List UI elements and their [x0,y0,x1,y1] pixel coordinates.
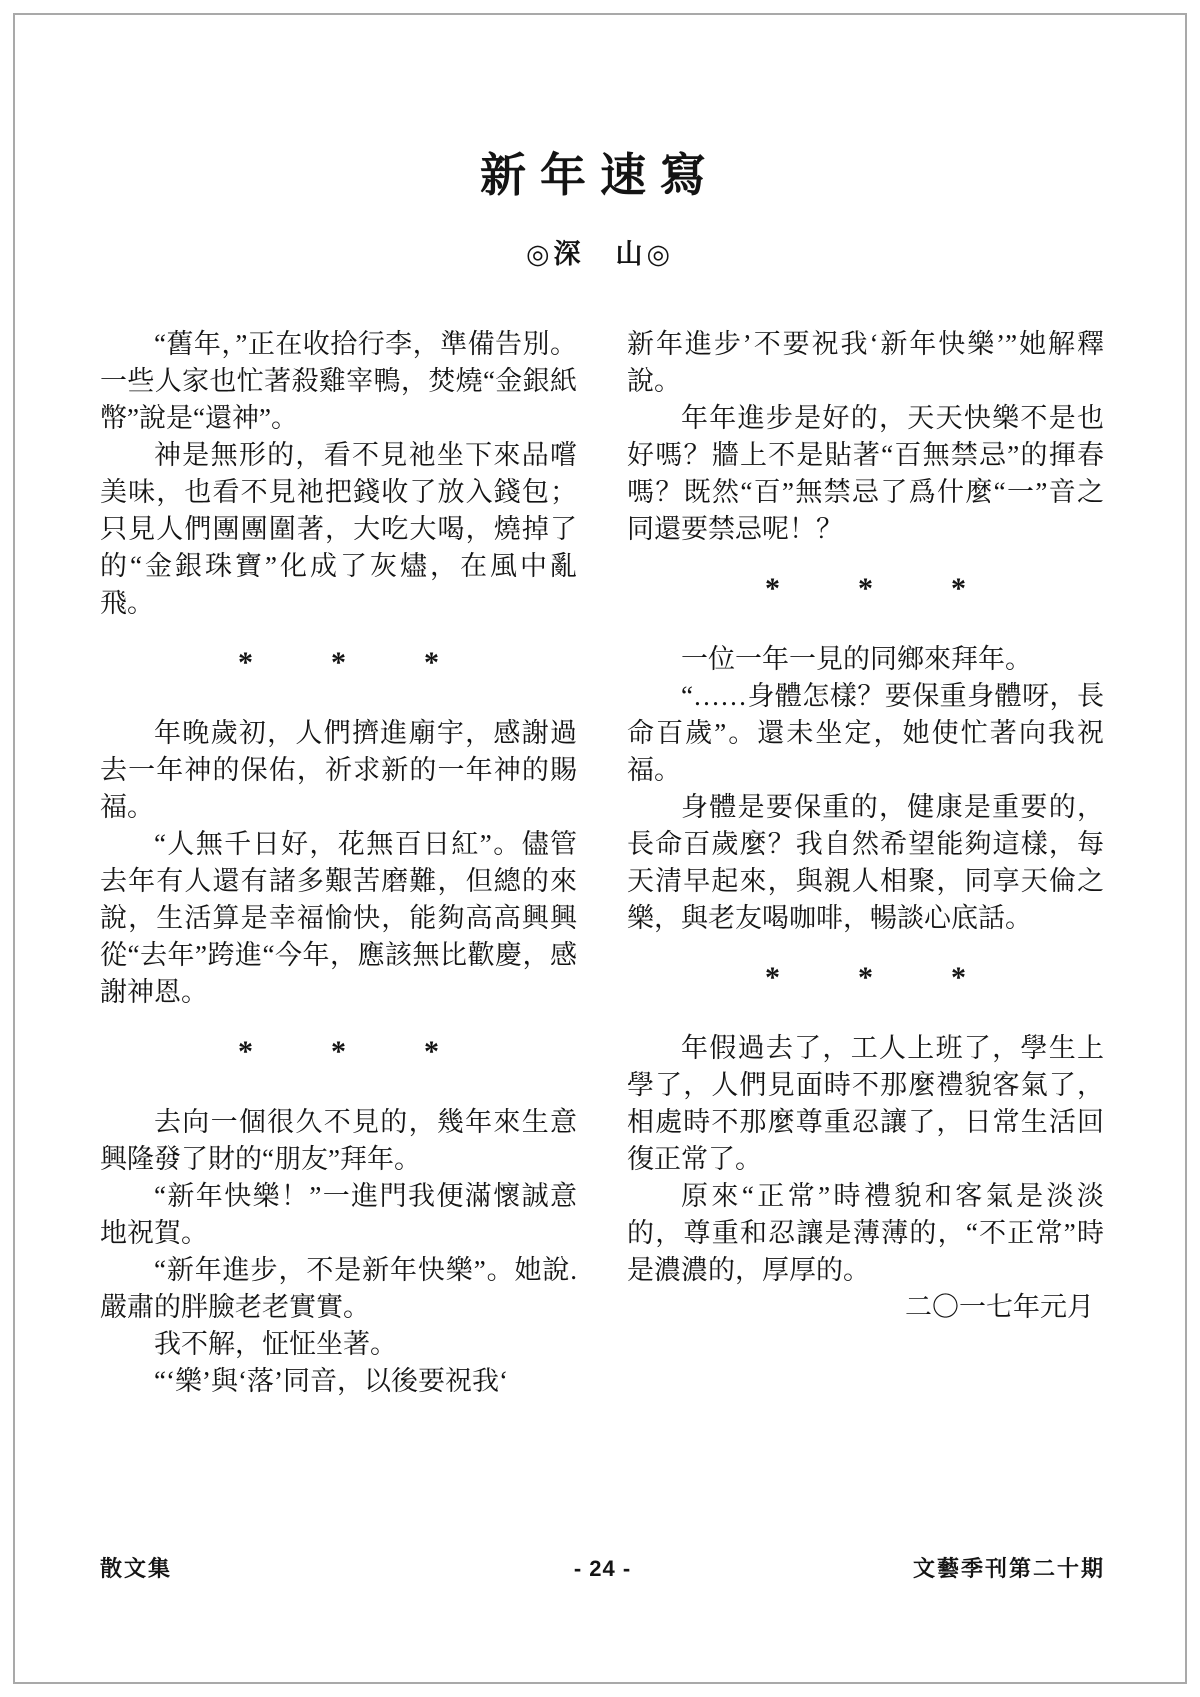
right-column: 新年進步’不要祝我‘新年快樂’”她解釋說。年年進步是好的，天天快樂不是也好嗎？牆… [627,326,1104,1400]
asterisk: * [331,644,346,681]
paragraph: 年年進步是好的，天天快樂不是也好嗎？牆上不是貼著“百無禁忌”的揮春嗎？既然“百”… [627,400,1104,548]
section-separator: *** [100,1033,577,1070]
author-byline: ◎深 山◎ [0,236,1200,272]
magazine-page: 新年速寫 ◎深 山◎ “舊年，”正在收拾行李，準備告別。一些人家也忙著殺雞宰鴨，… [0,0,1200,1697]
footer-page-number: - 24 - [574,1556,631,1582]
date-line: 二〇一七年元月 [627,1289,1104,1326]
page-footer: 散文集 - 24 - 文藝季刊第二十期 [100,1552,1105,1583]
footer-journal-name: 文藝季刊第二十期 [631,1552,1105,1583]
paragraph: “新年快樂！”一進門我便滿懷誠意地祝賀。 [100,1178,577,1252]
page-title: 新年速寫 [0,31,1200,205]
paragraph: “新年進步，不是新年快樂”。她說.嚴肅的胖臉老老實實。 [100,1252,577,1326]
paragraph: 原來“正常”時禮貌和客氣是淡淡的，尊重和忍讓是薄薄的，“不正常”時是濃濃的，厚厚… [627,1178,1104,1289]
paragraph: 年晚歲初，人們擠進廟宇，感謝過去一年神的保佑，祈求新的一年神的賜福。 [100,715,577,826]
article-body: “舊年，”正在收拾行李，準備告別。一些人家也忙著殺雞宰鴨，焚燒“金銀紙幣”說是“… [100,326,1104,1400]
paragraph: “舊年，”正在收拾行李，準備告別。一些人家也忙著殺雞宰鴨，焚燒“金銀紙幣”說是“… [100,326,577,437]
paragraph: “……身體怎樣？要保重身體呀，長命百歲”。還未坐定，她使忙著向我祝福。 [627,678,1104,789]
asterisk: * [858,959,873,996]
left-column: “舊年，”正在收拾行李，準備告別。一些人家也忙著殺雞宰鴨，焚燒“金銀紙幣”說是“… [100,326,577,1400]
paragraph: “‘樂’與‘落’同音，以後要祝我‘ [100,1363,577,1400]
section-separator: *** [627,959,1104,996]
paragraph: “人無千日好，花無百日紅”。儘管去年有人還有諸多艱苦磨難，但總的來說，生活算是幸… [100,826,577,1011]
paragraph: 去向一個很久不見的，幾年來生意興隆發了財的“朋友”拜年。 [100,1104,577,1178]
asterisk: * [424,644,439,681]
paragraph: 年假過去了，工人上班了，學生上學了，人們見面時不那麼禮貌客氣了，相處時不那麼尊重… [627,1030,1104,1178]
paragraph: 身體是要保重的，健康是重要的，長命百歲麼？我自然希望能夠這樣，每天清早起來，與親… [627,789,1104,937]
section-separator: *** [100,644,577,681]
paragraph: 新年進步’不要祝我‘新年快樂’”她解釋說。 [627,326,1104,400]
paragraph: 我不解，怔怔坐著。 [100,1326,577,1363]
paragraph: 一位一年一見的同鄉來拜年。 [627,641,1104,678]
asterisk: * [331,1033,346,1070]
asterisk: * [951,959,966,996]
asterisk: * [424,1033,439,1070]
footer-collection-name: 散文集 [100,1552,574,1583]
asterisk: * [765,570,780,607]
asterisk: * [858,570,873,607]
paragraph: 神是無形的，看不見祂坐下來品嚐美味，也看不見祂把錢收了放入錢包；只見人們團團圍著… [100,437,577,622]
asterisk: * [951,570,966,607]
asterisk: * [238,1033,253,1070]
asterisk: * [765,959,780,996]
asterisk: * [238,644,253,681]
section-separator: *** [627,570,1104,607]
